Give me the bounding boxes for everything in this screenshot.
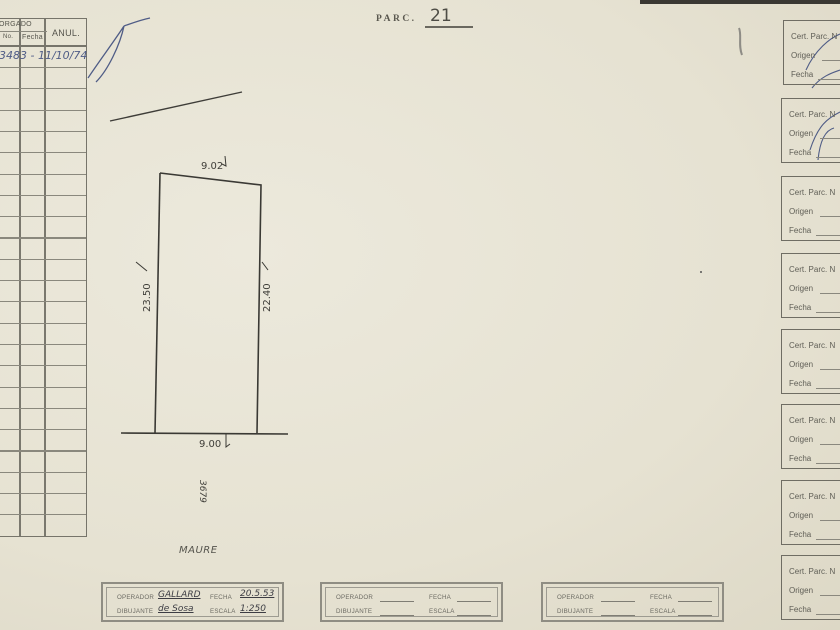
handwritten-signature-stroke	[88, 18, 150, 82]
dibujante-value: de Sosa	[158, 604, 194, 614]
fecha-field-line	[816, 614, 840, 615]
dibujante-label: DIBUJANTE	[336, 608, 372, 615]
cert-parc-label: Cert. Parc. N	[789, 188, 835, 197]
operador-value: GALLARD	[158, 590, 201, 600]
operador-field-line	[601, 601, 635, 602]
origen-label: Origen	[789, 207, 813, 216]
cert-parc-label: Cert. Parc. N	[789, 492, 835, 501]
origen-field-line	[820, 595, 840, 596]
origen-label: Origen	[791, 51, 815, 60]
dimension-right: 22.40	[262, 283, 273, 312]
operador-field-line	[380, 601, 414, 602]
fecha-label: Fecha	[789, 303, 811, 312]
dimension-tick-icon	[262, 262, 268, 270]
dibujante-field-line	[601, 615, 635, 616]
fecha-label: Fecha	[789, 454, 811, 463]
origen-label: Origen	[789, 284, 813, 293]
fecha-field-line	[816, 312, 840, 313]
fecha-label: FECHA	[650, 594, 672, 601]
certificate-box: Cert. Parc. NOrigenFecha	[781, 480, 840, 545]
ink-dot	[700, 271, 702, 273]
cert-parc-label: Cert. Parc. N	[789, 110, 835, 119]
fecha-label: FECHA	[210, 594, 232, 601]
dibujante-label: DIBUJANTE	[557, 608, 593, 615]
fecha-field-line	[457, 601, 491, 602]
escala-value: 1:250	[240, 604, 266, 614]
cert-parc-label: Cert. Parc. N	[789, 416, 835, 425]
origen-label: Origen	[789, 511, 813, 520]
dimension-tick-icon	[226, 434, 230, 447]
certificate-box: Cert. Parc. NOrigenFecha	[781, 555, 840, 620]
fecha-label: Fecha	[791, 70, 813, 79]
escala-label: ESCALA	[650, 608, 676, 615]
certificate-box: Cert. Parc. NOrigenFecha	[781, 98, 840, 163]
fecha-label: Fecha	[789, 226, 811, 235]
origen-field-line	[820, 520, 840, 521]
origen-field-line	[820, 216, 840, 217]
origen-field-line	[822, 60, 840, 61]
fecha-label: FECHA	[429, 594, 451, 601]
fecha-label: Fecha	[789, 530, 811, 539]
operador-label: OPERADOR	[336, 594, 373, 601]
plot-boundary-left	[155, 173, 160, 433]
certificate-box: Cert. Parc. NOrigenFecha	[781, 329, 840, 394]
certificate-box: Cert. Parc. NOrigenFecha	[783, 20, 840, 85]
origen-field-line	[820, 138, 840, 139]
escala-label: ESCALA	[429, 608, 455, 615]
fecha-field-line	[818, 79, 840, 80]
origen-label: Origen	[789, 360, 813, 369]
origen-field-line	[820, 444, 840, 445]
fecha-field-line	[816, 539, 840, 540]
cert-parc-label: Cert. Parc. N	[791, 32, 837, 41]
origen-label: Origen	[789, 586, 813, 595]
escala-label: ESCALA	[210, 608, 236, 615]
origen-label: Origen	[789, 435, 813, 444]
fecha-label: Fecha	[789, 605, 811, 614]
lot-number: 3679	[197, 480, 207, 503]
signature-box: OPERADORDIBUJANTEFECHAESCALAGALLARDde So…	[101, 582, 284, 622]
cert-parc-label: Cert. Parc. N	[789, 341, 835, 350]
origen-field-line	[820, 369, 840, 370]
operador-label: OPERADOR	[557, 594, 594, 601]
fecha-field-line	[816, 235, 840, 236]
certificate-box: Cert. Parc. NOrigenFecha	[781, 253, 840, 318]
fecha-value: 20.5.53	[240, 589, 274, 599]
parcel-label: PARC.	[376, 14, 417, 24]
street-name: MAURE	[179, 545, 218, 556]
parcel-number: 21	[430, 6, 452, 26]
certificate-box: Cert. Parc. NOrigenFecha	[781, 176, 840, 241]
signature-box: OPERADORDIBUJANTEFECHAESCALA	[320, 582, 503, 622]
dimension-bottom: 9.00	[199, 439, 221, 450]
dibujante-field-line	[380, 615, 414, 616]
fecha-label: Fecha	[789, 148, 811, 157]
dimension-top: 9.02	[201, 161, 223, 172]
parcel-number-underline	[425, 26, 473, 28]
smudge-mark	[739, 28, 742, 55]
fecha-field-line	[816, 463, 840, 464]
certificate-box: Cert. Parc. NOrigenFecha	[781, 404, 840, 469]
fecha-field-line	[816, 157, 840, 158]
pencil-stroke	[110, 92, 242, 121]
dibujante-label: DIBUJANTE	[117, 608, 153, 615]
cert-parc-label: Cert. Parc. N	[789, 567, 835, 576]
escala-field-line	[457, 615, 491, 616]
fecha-field-line	[816, 388, 840, 389]
dimension-left: 23.50	[142, 283, 153, 312]
street-frontage-line	[121, 433, 288, 434]
origen-field-line	[820, 293, 840, 294]
origen-label: Origen	[789, 129, 813, 138]
escala-field-line	[678, 615, 712, 616]
fecha-field-line	[678, 601, 712, 602]
plot-boundary	[160, 173, 261, 433]
operador-label: OPERADOR	[117, 594, 154, 601]
annotation-strokes	[0, 0, 840, 630]
dimension-tick-icon	[136, 262, 147, 271]
signature-box: OPERADORDIBUJANTEFECHAESCALA	[541, 582, 724, 622]
cert-parc-label: Cert. Parc. N	[789, 265, 835, 274]
fecha-label: Fecha	[789, 379, 811, 388]
